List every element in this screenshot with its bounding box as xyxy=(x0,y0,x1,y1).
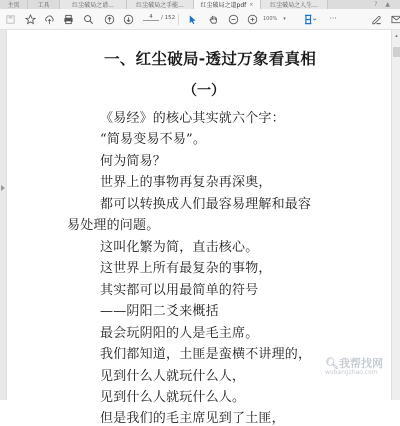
watermark-url: wobangzhao.com xyxy=(325,369,378,376)
scrollbar-thumb[interactable] xyxy=(393,47,400,57)
zoom-level-value: 100% xyxy=(263,16,277,22)
paragraph-line: 《易经》的核心其实就六个字： xyxy=(100,107,285,126)
paragraph-line: 这世界上所有最复杂的事物， xyxy=(100,257,272,276)
paragraph-line: 最会玩阴阳的人是毛主席。 xyxy=(100,322,258,341)
select-cursor-icon[interactable] xyxy=(186,13,198,25)
zoom-out-icon[interactable] xyxy=(227,13,239,25)
fit-page-icon[interactable] xyxy=(302,13,318,25)
page-down-icon[interactable] xyxy=(122,13,134,25)
page-navigator: 4 / 152 xyxy=(143,14,175,21)
paragraph-line: 我们都知道，土匪是蛮横不讲理的， xyxy=(100,343,311,362)
paragraph-line: 何为简易？ xyxy=(100,150,166,169)
tab-label: 工具 xyxy=(37,0,49,9)
section-subtitle: （一） xyxy=(183,80,225,100)
mail-icon[interactable] xyxy=(390,13,400,25)
expand-pane-arrow-icon[interactable] xyxy=(1,185,5,191)
toolbar-divider xyxy=(178,14,179,25)
paragraph-line: “简易变易不易”。 xyxy=(100,128,206,147)
tab-document-2[interactable]: 红尘破局之手能... xyxy=(127,0,194,9)
tab-tools[interactable]: 工具 xyxy=(28,0,60,9)
paragraph-line: 都可以转换成人们最容易理解和最容 xyxy=(100,193,311,212)
page-total: / 152 xyxy=(161,15,175,21)
tab-bar: 主页 工具 红尘破局之谱... 红尘破局之手能... 红尘破局之道pdf× 红尘… xyxy=(0,0,400,9)
chevron-down-icon: ▾ xyxy=(283,16,286,22)
paragraph-line: 见到什么人就玩什么人， xyxy=(100,365,245,384)
tab-home[interactable]: 主页 xyxy=(0,0,28,9)
paragraph-line: 易处理的问题。 xyxy=(67,214,159,233)
search-icon[interactable] xyxy=(82,13,94,25)
tab-label: 红尘破局之谱... xyxy=(72,0,114,9)
paragraph-line: 见到什么人就玩什么人。 xyxy=(100,386,245,400)
bookmark-star-icon[interactable] xyxy=(24,13,36,25)
tab-label: 红尘破局之手能... xyxy=(136,0,184,9)
tab-document-1[interactable]: 红尘破局之谱... xyxy=(60,0,127,9)
vertical-scrollbar[interactable]: ▴ xyxy=(391,30,400,400)
more-icon[interactable]: ··· xyxy=(326,12,340,24)
zoom-in-icon[interactable] xyxy=(246,13,258,25)
navigation-pane-collapsed xyxy=(0,30,7,400)
toolbar: 4 / 152 100% ▾ ··· xyxy=(0,9,400,30)
paragraph-line: 世界上的事物再复杂再深奥， xyxy=(100,171,272,190)
hand-tool-icon[interactable] xyxy=(207,13,219,25)
watermark: 🔍︎我帮找网 wobangzhao.com xyxy=(325,355,383,371)
bell-icon[interactable]: ▲ xyxy=(385,1,390,8)
tab-document-4[interactable]: 红尘破局之人生... xyxy=(261,0,328,9)
close-tab-icon[interactable]: × xyxy=(249,2,253,8)
save-icon[interactable] xyxy=(4,13,16,25)
upload-cloud-icon[interactable] xyxy=(43,13,55,25)
zoom-level-dropdown[interactable]: 100% ▾ xyxy=(263,16,286,22)
help-icon[interactable]: ? xyxy=(374,1,377,8)
paragraph-line: 其实都可以用最简单的符号 xyxy=(100,279,258,298)
paragraph-line: ——阴阳二爻来概括 xyxy=(100,300,219,319)
tab-label: 主页 xyxy=(7,0,19,9)
scroll-up-icon[interactable]: ▴ xyxy=(393,33,400,39)
sign-icon[interactable] xyxy=(370,13,382,25)
tab-document-active[interactable]: 红尘破局之道pdf× xyxy=(194,0,261,9)
tab-label: 红尘破局之人生... xyxy=(270,0,318,9)
print-icon[interactable] xyxy=(62,13,74,25)
tab-label: 红尘破局之道pdf xyxy=(201,0,247,9)
page-number-input[interactable]: 4 xyxy=(143,14,159,21)
chapter-title: 一、红尘破局-透过万象看真相 xyxy=(104,47,316,69)
paragraph-line: 这叫化繁为简，直击核心。 xyxy=(100,236,258,255)
page-up-icon[interactable] xyxy=(103,13,115,25)
document-page: 一、红尘破局-透过万象看真相 （一） 《易经》的核心其实就六个字： “简易变易不… xyxy=(8,30,391,400)
